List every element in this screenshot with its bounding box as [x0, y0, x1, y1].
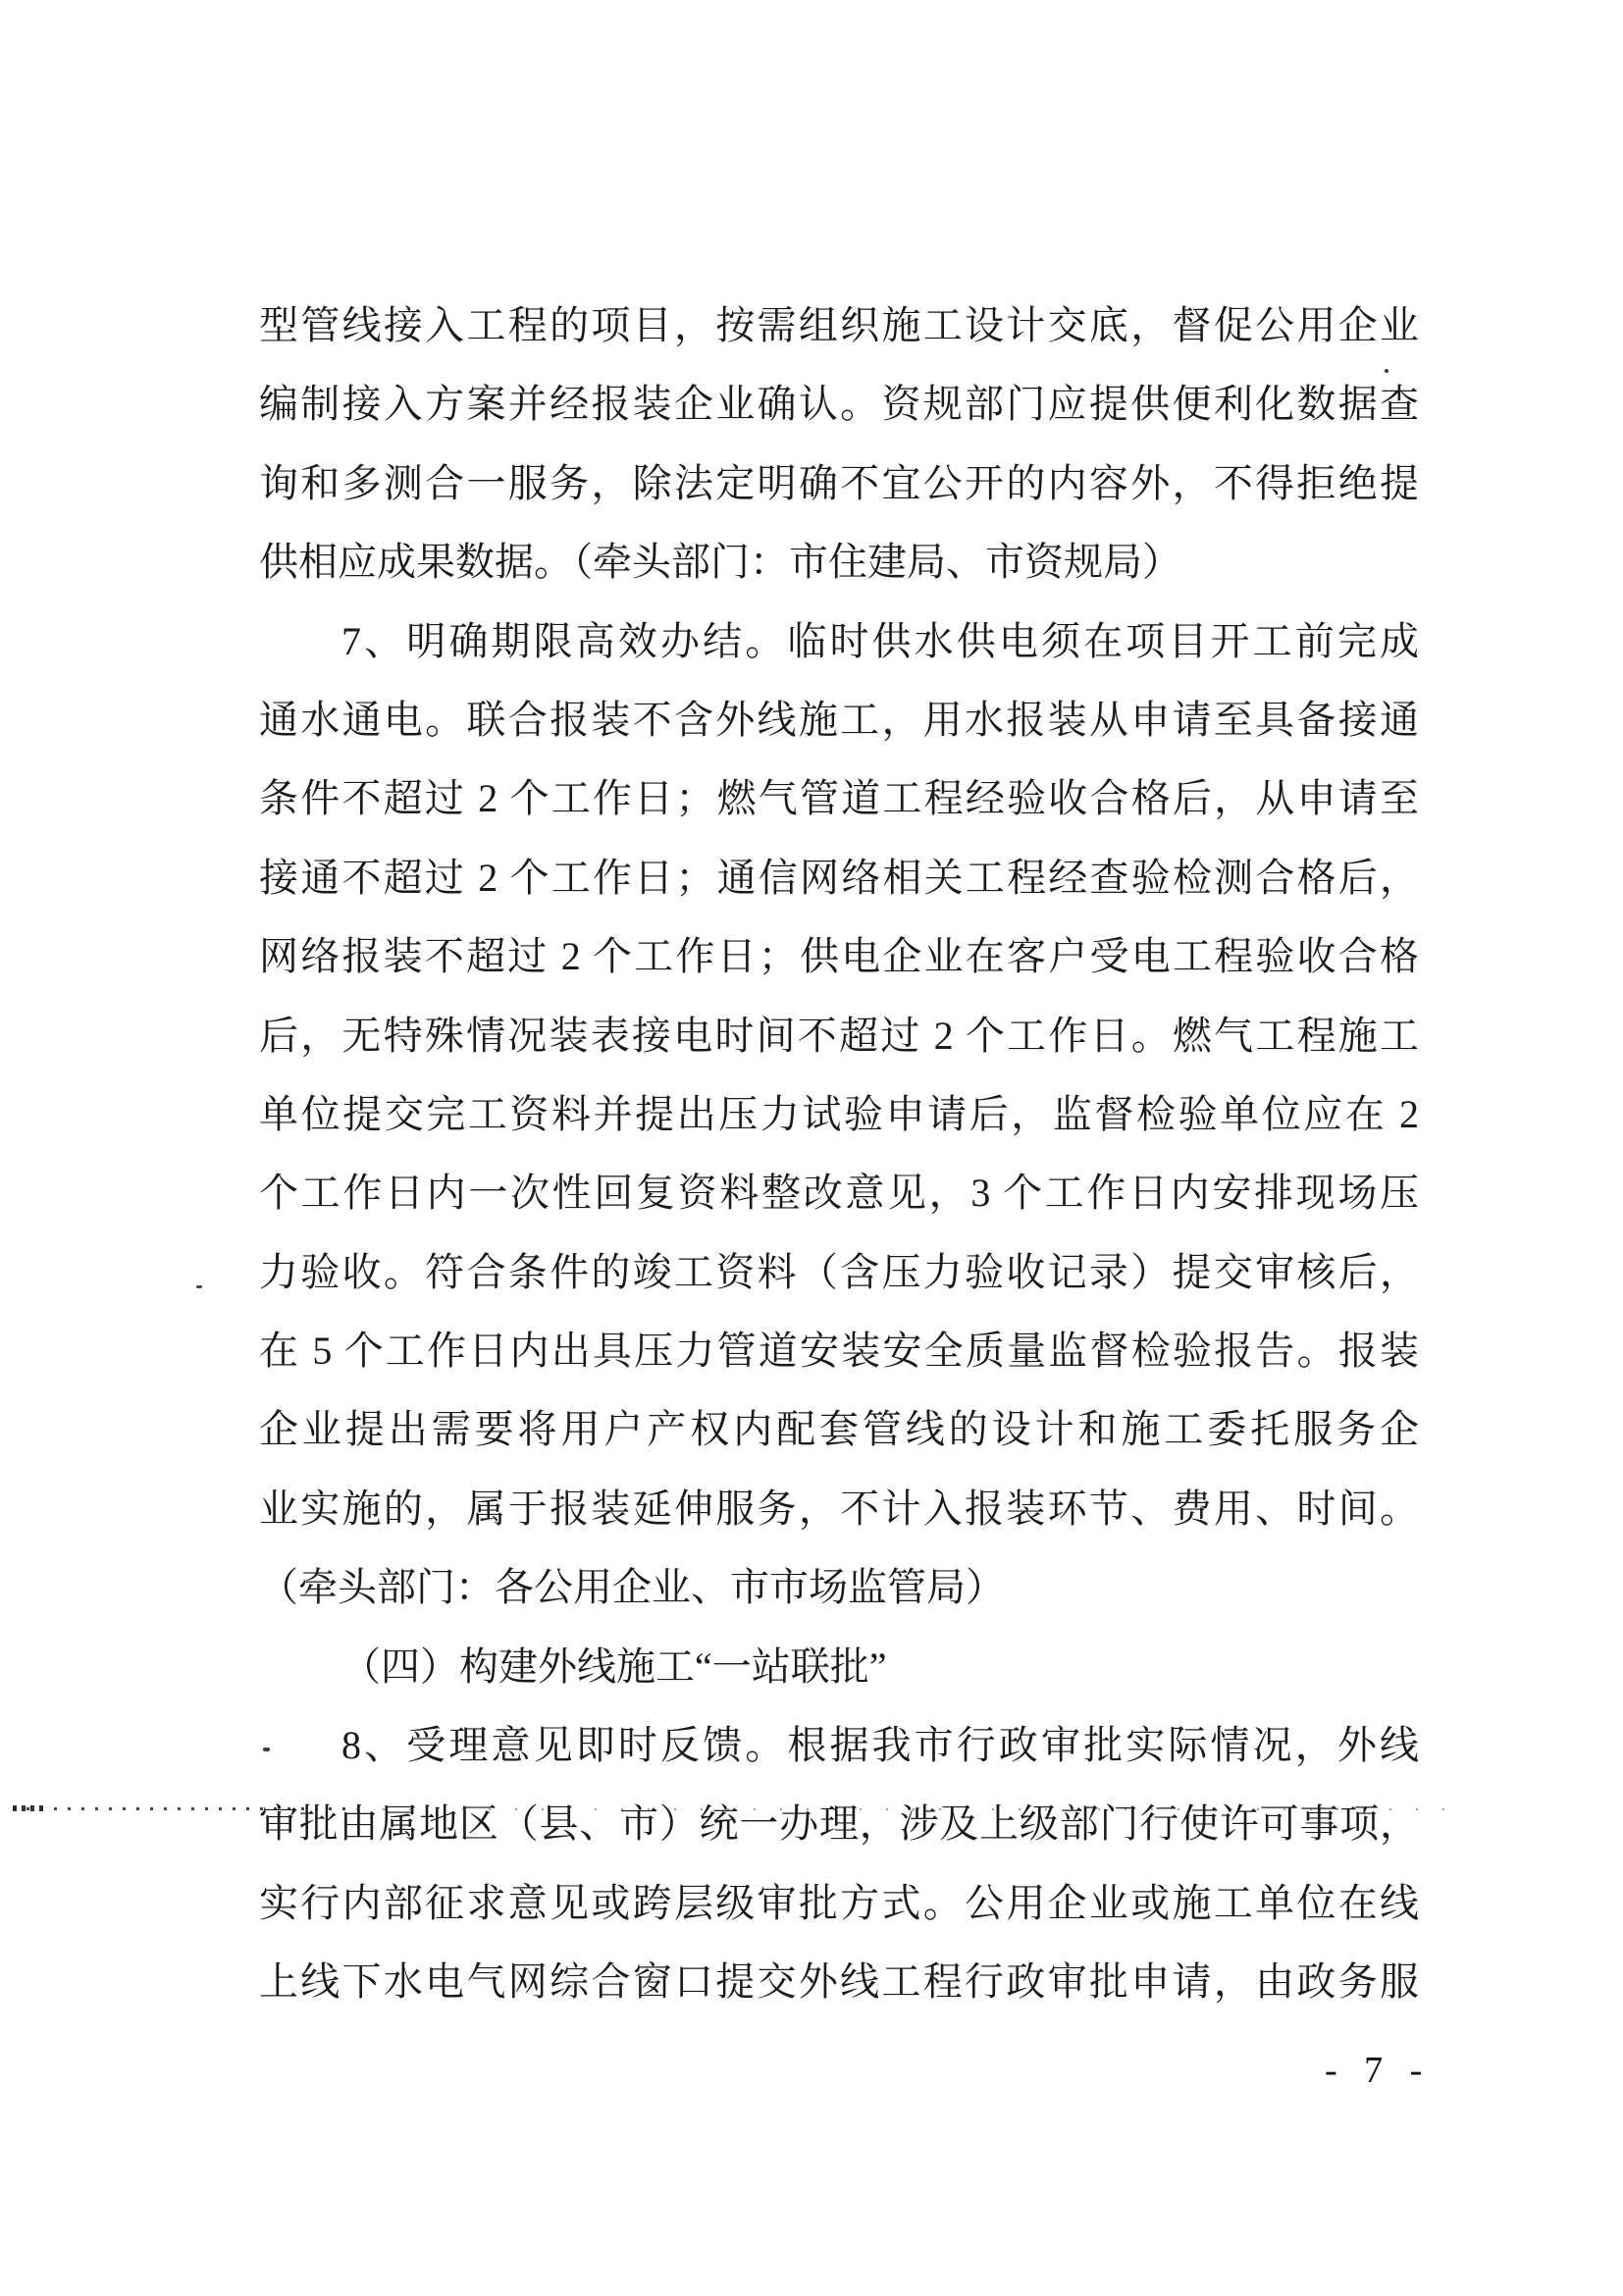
document-page: 型管线接入工程的项目，按需组织施工设计交底，督促公用企业 编制接入方案并经报装企…	[0, 0, 1623, 2296]
document-body: 型管线接入工程的项目，按需组织施工设计交底，督促公用企业 编制接入方案并经报装企…	[259, 287, 1419, 2022]
text-line: 后，无特殊情况装表接电时间不超过 2 个工作日。燃气工程施工	[259, 997, 1419, 1075]
text-line: 询和多测合一服务，除法定明确不宜公开的内容外，不得拒绝提	[259, 444, 1419, 523]
text-line: 个工作日内一次性回复资料整改意见，3 个工作日内安排现场压	[259, 1154, 1419, 1232]
text-line: 上线下水电气网综合窗口提交外线工程行政审批申请，由政务服	[259, 1943, 1419, 2021]
text-line: 7、明确期限高效办结。临时供水供电须在项目开工前完成	[259, 602, 1419, 681]
page-number: - 7 -	[1325, 2049, 1431, 2092]
text-line: 型管线接入工程的项目，按需组织施工设计交底，督促公用企业	[259, 287, 1419, 365]
scan-artifact-speck	[196, 1285, 202, 1288]
text-line: 网络报装不超过 2 个工作日；供电企业在客户受电工程验收合格	[259, 917, 1419, 996]
text-line: 通水通电。联合报装不含外线施工，用水报装从申请至具备接通	[259, 681, 1419, 759]
text-line: 条件不超过 2 个工作日；燃气管道工程经验收合格后，从申请至	[259, 759, 1419, 838]
text-line: 业实施的，属于报装延伸服务，不计入报装环节、费用、时间。	[259, 1470, 1419, 1548]
text-line: 单位提交完工资料并提出压力试验申请后，监督检验单位应在 2	[259, 1075, 1419, 1154]
text-line: 供相应成果数据。（牵头部门：市住建局、市资规局）	[259, 523, 1419, 601]
text-line: 实行内部征求意见或跨层级审批方式。公用企业或施工单位在线	[259, 1864, 1419, 1943]
text-line: 8、受理意见即时反馈。根据我市行政审批实际情况，外线	[259, 1706, 1419, 1785]
section-heading: （四）构建外线施工“一站联批”	[259, 1628, 1419, 1706]
text-line: 编制接入方案并经报装企业确认。资规部门应提供便利化数据查	[259, 365, 1419, 444]
text-line: 力验收。符合条件的竣工资料（含压力验收记录）提交审核后，	[259, 1233, 1419, 1312]
text-line: 接通不超过 2 个工作日；通信网络相关工程经查验检测合格后，	[259, 839, 1419, 917]
text-line: 审批由属地区（县、市）统一办理，涉及上级部门行使许可事项，	[259, 1785, 1419, 1863]
text-line: 企业提出需要将用户产权内配套管线的设计和施工委托服务企	[259, 1390, 1419, 1469]
text-line: （牵头部门：各公用企业、市市场监管局）	[259, 1548, 1419, 1627]
scan-artifact-dotted-line-start	[13, 1805, 44, 1811]
text-line: 在 5 个工作日内出具压力管道安装安全质量监督检验报告。报装	[259, 1312, 1419, 1390]
